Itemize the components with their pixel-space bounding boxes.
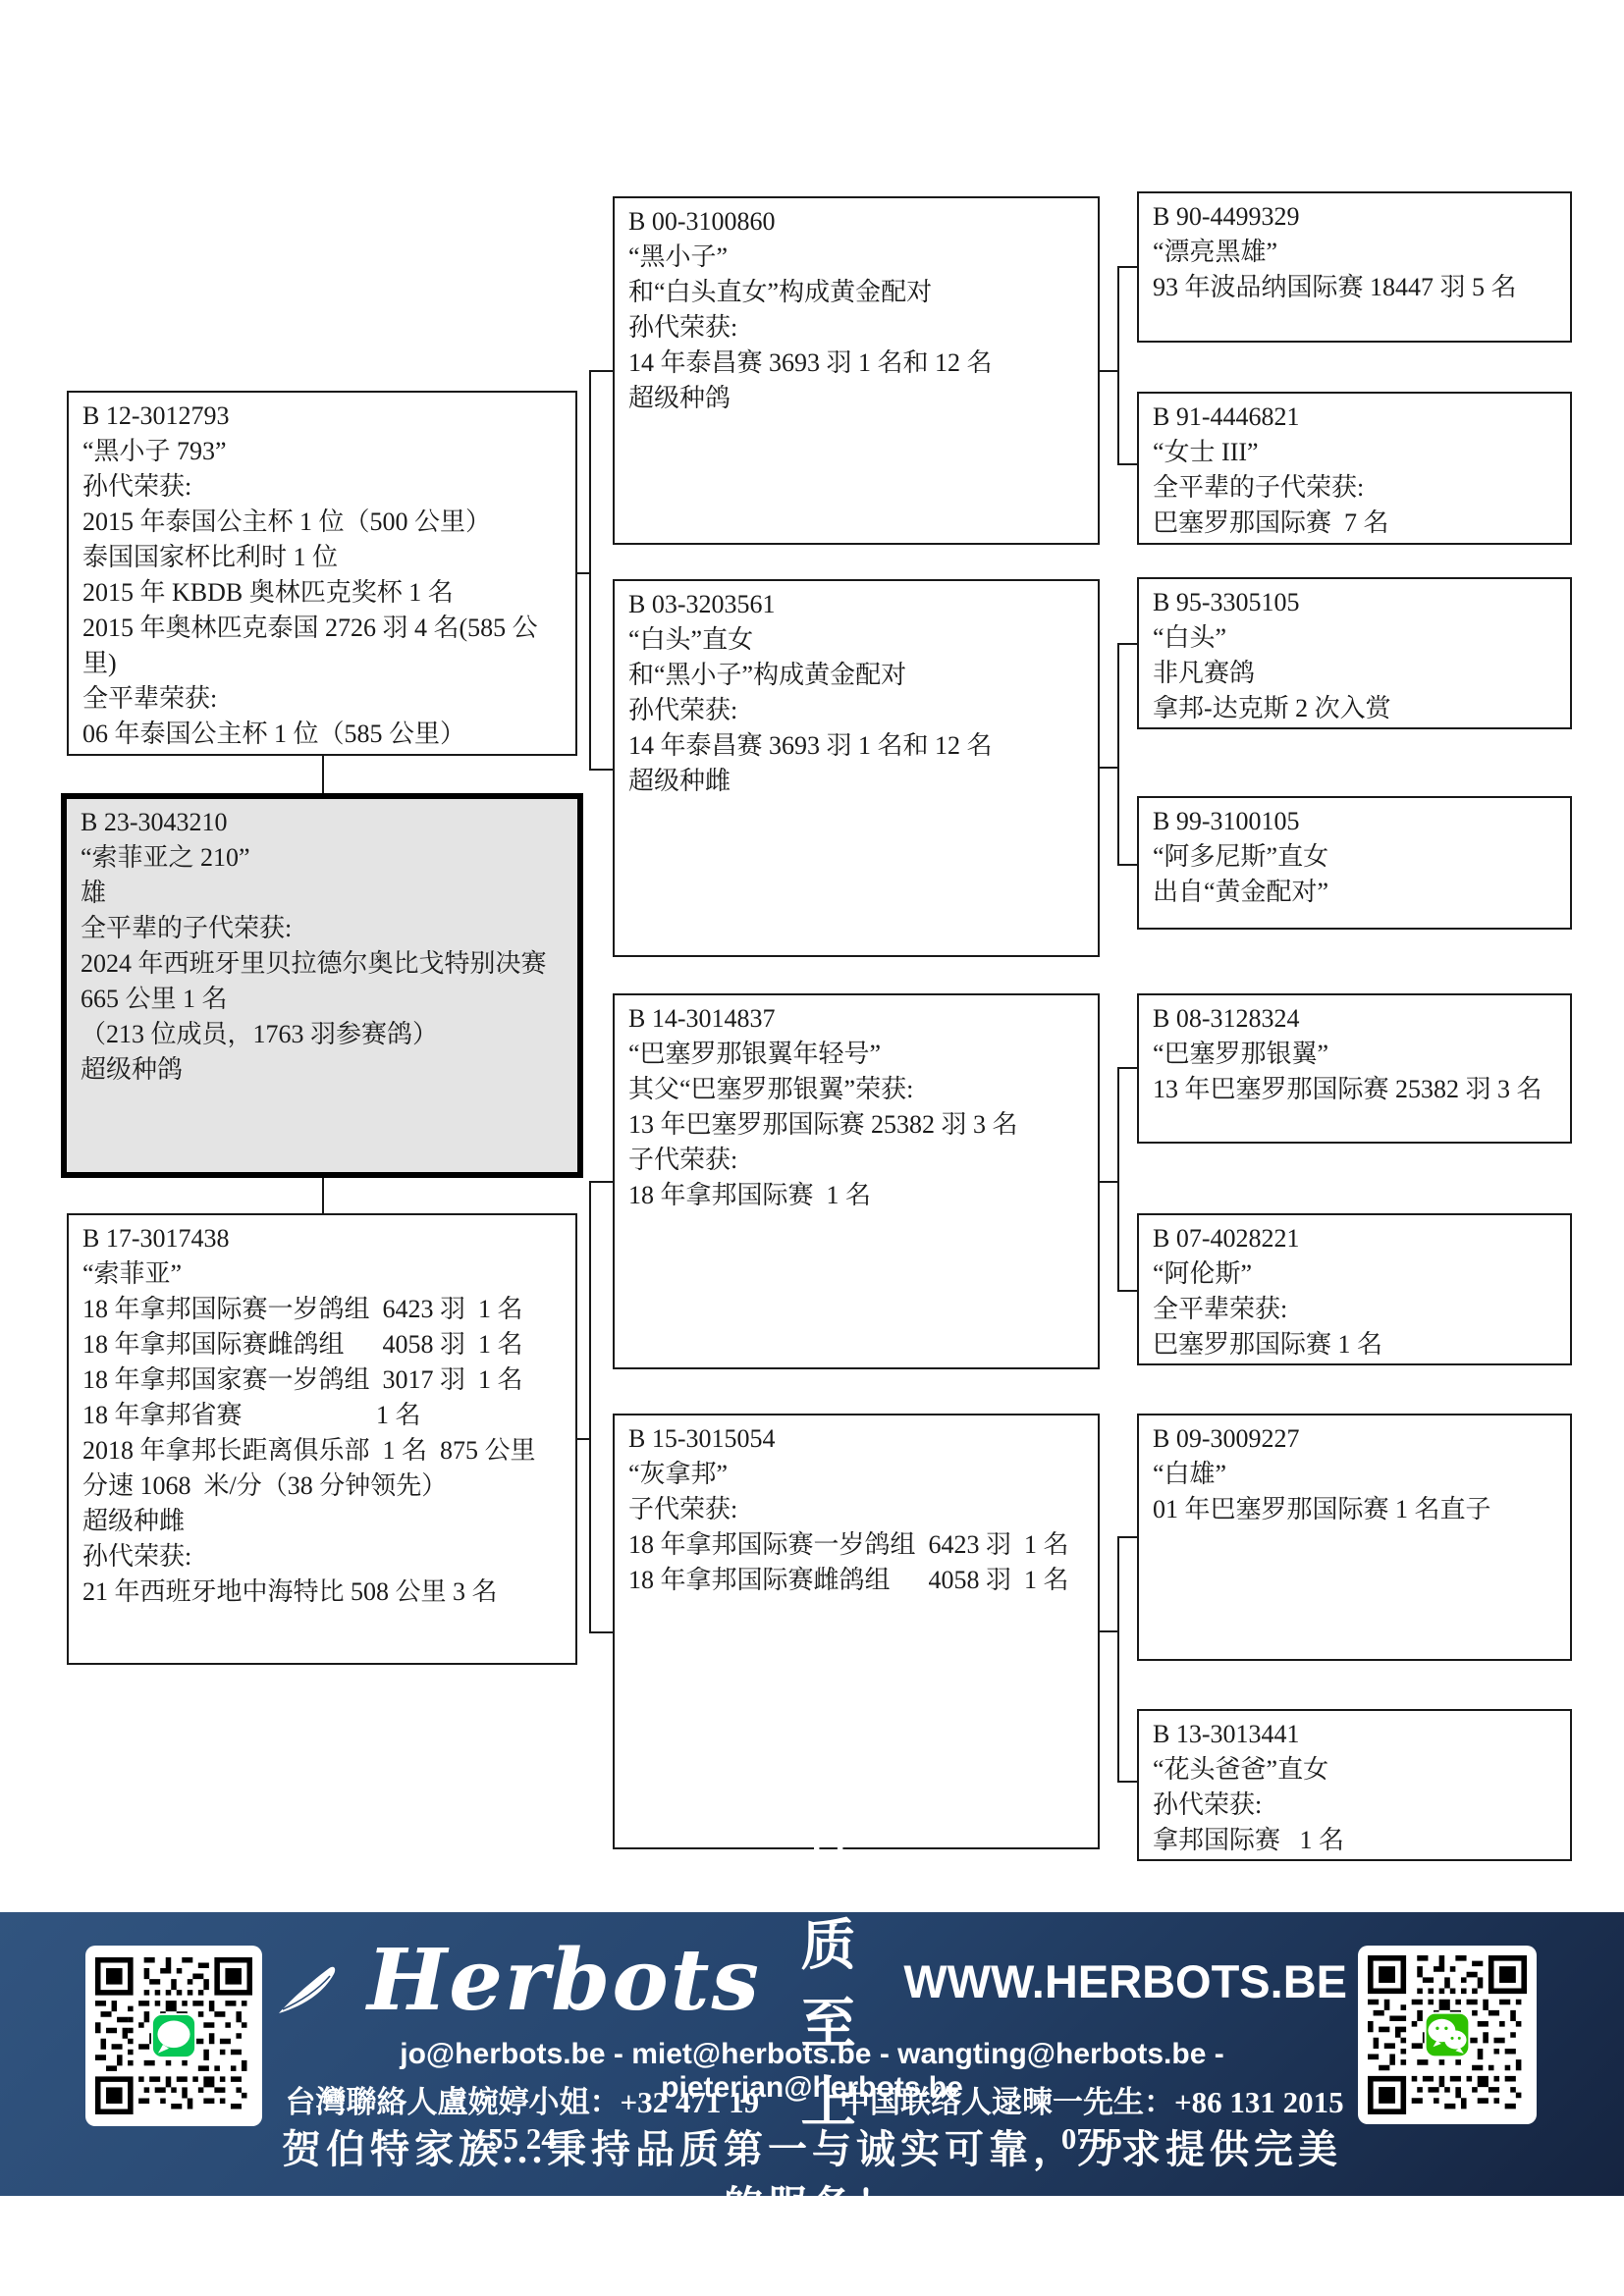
footer-center: Herbots 品质至上 WWW.HERBOTS.BE jo@herbots.b… bbox=[277, 1912, 1347, 2196]
pedigree-text-line: 泰国国家杯比利时 1 位 bbox=[82, 540, 562, 575]
connector-line bbox=[1117, 463, 1137, 465]
pedigree-text-line: 雄 bbox=[81, 876, 564, 911]
pedigree-text-line: 超级种雌 bbox=[82, 1504, 562, 1539]
pedigree-box-text: “巴塞罗那银翼”13 年巴塞罗那国际赛 25382 羽 3 名 bbox=[1153, 1037, 1556, 1107]
connector-line bbox=[1100, 767, 1119, 769]
ring-number: B 95-3305105 bbox=[1153, 585, 1556, 620]
pedigree-text-line: 18 年拿邦国际赛一岁鸽组 6423 羽 1 名 bbox=[628, 1527, 1084, 1563]
pedigree-box-text: “女士 III”全平辈的子代荣获:巴塞罗那国际赛 7 名 bbox=[1153, 435, 1556, 541]
connector-line bbox=[589, 370, 591, 771]
pedigree-text-line: 全平辈荣获: bbox=[82, 681, 562, 717]
pedigree-box-text: “索菲亚”18 年拿邦国际赛一岁鸽组 6423 羽 1 名18 年拿邦国际赛雌鸽… bbox=[82, 1256, 562, 1610]
pedigree-text-line: “黑小子 793” bbox=[82, 434, 562, 469]
herbots-logo: Herbots bbox=[367, 1939, 761, 2023]
pedigree-text-line: “索菲亚” bbox=[82, 1256, 562, 1292]
pedigree-text-line: 子代荣获: bbox=[628, 1492, 1084, 1527]
footer-slogan: 贺伯特家族...秉持品质第一与诚实可靠，力求提供完美的服务！ bbox=[277, 2118, 1347, 2230]
pedigree-box-sire-dam: B 03-3203561 “白头”直女和“黑小子”构成黄金配对孙代荣获:14 年… bbox=[613, 579, 1100, 957]
pedigree-text-line: （213 位成员，1763 羽参赛鸽） bbox=[81, 1017, 564, 1052]
pedigree-text-line: 超级种鸽 bbox=[81, 1052, 564, 1088]
connector-line bbox=[1117, 1067, 1119, 1292]
pedigree-box-text: “黑小子 793”孙代荣获:2015 年泰国公主杯 1 位（500 公里）泰国国… bbox=[82, 434, 562, 756]
pedigree-box-text: “阿多尼斯”直女出自“黄金配对” bbox=[1153, 839, 1556, 910]
ring-number: B 07-4028221 bbox=[1153, 1221, 1556, 1256]
ring-number: B 91-4446821 bbox=[1153, 400, 1556, 435]
connector-line bbox=[1117, 1536, 1137, 1538]
pedigree-page: B 12-3012793 “黑小子 793”孙代荣获:2015 年泰国公主杯 1… bbox=[0, 0, 1624, 2296]
ring-number: B 12-3012793 bbox=[82, 399, 562, 434]
connector-line bbox=[1117, 266, 1119, 465]
pedigree-text-line: 全平辈的子代荣获: bbox=[1153, 470, 1556, 506]
ring-number: B 09-3009227 bbox=[1153, 1421, 1556, 1457]
pedigree-box-dam-dam: B 15-3015054 “灰拿邦”子代荣获:18 年拿邦国际赛一岁鸽组 642… bbox=[613, 1414, 1100, 1849]
connector-line bbox=[589, 370, 613, 372]
connector-line bbox=[589, 1631, 613, 1633]
pedigree-text-line: 巴塞罗那国际赛 7 名 bbox=[1153, 506, 1556, 541]
pedigree-text-line: 孙代荣获: bbox=[628, 693, 1084, 728]
pedigree-text-line: 拿邦国际赛 1 名 bbox=[1153, 1823, 1556, 1858]
pedigree-text-line: 01 年巴塞罗那国际赛 1 名直子 bbox=[1153, 1492, 1556, 1527]
pedigree-text-line: 18 年拿邦国家赛一岁鸽组 3017 羽 1 名 bbox=[82, 1362, 562, 1398]
pedigree-text-line: 和“黑小子”构成黄金配对 bbox=[628, 658, 1084, 693]
pedigree-text-line: “阿多尼斯”直女 bbox=[1153, 839, 1556, 875]
wechat-qr-code bbox=[1358, 1946, 1537, 2124]
pedigree-text-line: “巴塞罗那银翼年轻号” bbox=[628, 1037, 1084, 1072]
pedigree-text-line: 全平辈荣获: bbox=[1153, 1292, 1556, 1327]
pedigree-text-line: 06 年泰国公主杯 1 位（585 公里） bbox=[82, 717, 562, 752]
pedigree-box-text: “阿伦斯”全平辈荣获:巴塞罗那国际赛 1 名 bbox=[1153, 1256, 1556, 1362]
pedigree-text-line: 14 年泰昌赛 3693 羽 1 名和 12 名 bbox=[628, 346, 1084, 381]
pedigree-text-line: 孙代荣获: bbox=[82, 1539, 562, 1575]
pedigree-text-line: “阿伦斯” bbox=[1153, 1256, 1556, 1292]
pedigree-box-text: “白头”非凡赛鸽拿邦-达克斯 2 次入赏 bbox=[1153, 620, 1556, 726]
connector-line bbox=[1100, 1630, 1119, 1632]
pedigree-box-text: “黑小子”和“白头直女”构成黄金配对孙代荣获:14 年泰昌赛 3693 羽 1 … bbox=[628, 240, 1084, 416]
pedigree-text-line: 93 年波品纳国际赛 18447 羽 5 名 bbox=[1153, 270, 1556, 305]
pedigree-text-line: 和“白头直女”构成黄金配对 bbox=[628, 275, 1084, 310]
pedigree-box-sire-sire: B 00-3100860 “黑小子”和“白头直女”构成黄金配对孙代荣获:14 年… bbox=[613, 196, 1100, 545]
pedigree-text-line: 665 公里 1 名 bbox=[81, 982, 564, 1017]
pedigree-text-line: “索菲亚之 210” bbox=[81, 840, 564, 876]
pedigree-text-line: “黑小子” bbox=[628, 240, 1084, 275]
ring-number: B 00-3100860 bbox=[628, 204, 1084, 240]
pedigree-text-line: 18 年拿邦省赛 1 名 bbox=[82, 1398, 562, 1433]
connector-line bbox=[1117, 643, 1119, 866]
line-icon bbox=[152, 2014, 195, 2057]
connector-line bbox=[322, 1174, 324, 1215]
pedigree-box-text: “灰拿邦”子代荣获:18 年拿邦国际赛一岁鸽组 6423 羽 1 名18 年拿邦… bbox=[628, 1457, 1084, 1598]
ring-number: B 90-4499329 bbox=[1153, 199, 1556, 235]
pedigree-text-line: 超级种雌 bbox=[628, 764, 1084, 799]
line-qr-code bbox=[85, 1946, 262, 2126]
pedigree-box-dam-dam-sire: B 09-3009227 “白雄”01 年巴塞罗那国际赛 1 名直子 bbox=[1137, 1414, 1572, 1661]
pedigree-text-line: 其父“巴塞罗那银翼”荣获: bbox=[628, 1072, 1084, 1107]
ring-number: B 03-3203561 bbox=[628, 587, 1084, 622]
pedigree-text-line: 超级种鸽 bbox=[82, 752, 562, 756]
connector-line bbox=[589, 769, 613, 771]
pedigree-text-line: 孙代荣获: bbox=[1153, 1788, 1556, 1823]
pedigree-box-text: “白雄”01 年巴塞罗那国际赛 1 名直子 bbox=[1153, 1457, 1556, 1527]
pedigree-text-line: “白头”直女 bbox=[628, 622, 1084, 658]
connector-line bbox=[1117, 1781, 1137, 1783]
pedigree-text-line: “女士 III” bbox=[1153, 435, 1556, 470]
pedigree-box-dam-dam-dam: B 13-3013441 “花头爸爸”直女孙代荣获:拿邦国际赛 1 名 bbox=[1137, 1709, 1572, 1861]
pedigree-box-dam-sire: B 14-3014837 “巴塞罗那银翼年轻号”其父“巴塞罗那银翼”荣获:13 … bbox=[613, 993, 1100, 1369]
footer-banner: Herbots 品质至上 WWW.HERBOTS.BE jo@herbots.b… bbox=[0, 1912, 1624, 2196]
pedigree-box-dam: B 17-3017438 “索菲亚”18 年拿邦国际赛一岁鸽组 6423 羽 1… bbox=[67, 1213, 577, 1665]
connector-line bbox=[589, 1181, 613, 1183]
pedigree-box-sire-dam-sire: B 95-3305105 “白头”非凡赛鸽拿邦-达克斯 2 次入赏 bbox=[1137, 577, 1572, 729]
pedigree-box-sire: B 12-3012793 “黑小子 793”孙代荣获:2015 年泰国公主杯 1… bbox=[67, 391, 577, 756]
connector-line bbox=[1117, 1067, 1137, 1069]
pedigree-text-line: “漂亮黑雄” bbox=[1153, 235, 1556, 270]
wechat-icon bbox=[1426, 2013, 1470, 2057]
pedigree-text-line: 孙代荣获: bbox=[82, 469, 562, 505]
connector-line bbox=[1117, 1536, 1119, 1783]
pedigree-text-line: 21 年西班牙地中海特比 508 公里 3 名 bbox=[82, 1575, 562, 1610]
ring-number: B 13-3013441 bbox=[1153, 1717, 1556, 1752]
pedigree-text-line: 孙代荣获: bbox=[628, 310, 1084, 346]
pedigree-box-dam-sire-sire: B 08-3128324 “巴塞罗那银翼”13 年巴塞罗那国际赛 25382 羽… bbox=[1137, 993, 1572, 1144]
qr-code-image bbox=[1368, 1955, 1527, 2114]
pedigree-text-line: “白头” bbox=[1153, 620, 1556, 656]
pedigree-text-line: 非凡赛鸽 bbox=[1153, 656, 1556, 691]
pedigree-box-text: “白头”直女和“黑小子”构成黄金配对孙代荣获:14 年泰昌赛 3693 羽 1 … bbox=[628, 622, 1084, 799]
pedigree-text-line: 18 年拿邦国际赛雌鸽组 4058 羽 1 名 bbox=[82, 1327, 562, 1362]
brand-row: Herbots 品质至上 WWW.HERBOTS.BE bbox=[277, 1926, 1347, 2036]
pedigree-text-line: 2018 年拿邦长距离俱乐部 1 名 875 公里 bbox=[82, 1433, 562, 1468]
pedigree-box-sire-dam-dam: B 99-3100105 “阿多尼斯”直女出自“黄金配对” bbox=[1137, 796, 1572, 930]
pedigree-text-line: 2024 年西班牙里贝拉德尔奥比戈特别决赛 bbox=[81, 946, 564, 982]
pedigree-text-line: “白雄” bbox=[1153, 1457, 1556, 1492]
pedigree-text-line: 2015 年泰国公主杯 1 位（500 公里） bbox=[82, 505, 562, 540]
pedigree-text-line: 13 年巴塞罗那国际赛 25382 羽 3 名 bbox=[1153, 1072, 1556, 1107]
pedigree-text-line: 全平辈的子代荣获: bbox=[81, 911, 564, 946]
ring-number: B 15-3015054 bbox=[628, 1421, 1084, 1457]
pedigree-text-line: 13 年巴塞罗那国际赛 25382 羽 3 名 bbox=[628, 1107, 1084, 1143]
pedigree-text-line: 超级种鸽 bbox=[628, 381, 1084, 416]
ring-number: B 14-3014837 bbox=[628, 1001, 1084, 1037]
website-url[interactable]: WWW.HERBOTS.BE bbox=[903, 1954, 1347, 2008]
connector-line bbox=[322, 756, 324, 797]
pedigree-text-line: “灰拿邦” bbox=[628, 1457, 1084, 1492]
pedigree-box-text: “花头爸爸”直女孙代荣获:拿邦国际赛 1 名 bbox=[1153, 1752, 1556, 1858]
pedigree-text-line: 14 年泰昌赛 3693 羽 1 名和 12 名 bbox=[628, 728, 1084, 764]
feather-icon bbox=[277, 1964, 342, 2015]
pedigree-text-line: 巴塞罗那国际赛 1 名 bbox=[1153, 1327, 1556, 1362]
connector-line bbox=[589, 1181, 591, 1633]
pedigree-box-sire-sire-sire: B 90-4499329 “漂亮黑雄”93 年波品纳国际赛 18447 羽 5 … bbox=[1137, 191, 1572, 343]
connector-line bbox=[1100, 370, 1119, 372]
pedigree-text-line: 2015 年奥林匹克泰国 2726 羽 4 名(585 公里) bbox=[82, 611, 562, 681]
pedigree-text-line: 出自“黄金配对” bbox=[1153, 875, 1556, 910]
pedigree-text-line: “巴塞罗那银翼” bbox=[1153, 1037, 1556, 1072]
connector-line bbox=[1117, 643, 1137, 645]
pedigree-text-line: “花头爸爸”直女 bbox=[1153, 1752, 1556, 1788]
connector-line bbox=[1117, 864, 1137, 866]
connector-line bbox=[1100, 1181, 1119, 1183]
pedigree-box-dam-sire-dam: B 07-4028221 “阿伦斯”全平辈荣获:巴塞罗那国际赛 1 名 bbox=[1137, 1213, 1572, 1365]
pedigree-text-line: 2015 年 KBDB 奥林匹克奖杯 1 名 bbox=[82, 575, 562, 611]
pedigree-text-line: 18 年拿邦国际赛雌鸽组 4058 羽 1 名 bbox=[628, 1563, 1084, 1598]
ring-number: B 08-3128324 bbox=[1153, 1001, 1556, 1037]
pedigree-box-text: “索菲亚之 210”雄全平辈的子代荣获:2024 年西班牙里贝拉德尔奥比戈特别决… bbox=[81, 840, 564, 1088]
pedigree-text-line: 18 年拿邦国际赛一岁鸽组 6423 羽 1 名 bbox=[82, 1292, 562, 1327]
ring-number: B 99-3100105 bbox=[1153, 804, 1556, 839]
pedigree-box-text: “漂亮黑雄”93 年波品纳国际赛 18447 羽 5 名 bbox=[1153, 235, 1556, 305]
pedigree-box-subject: B 23-3043210 “索菲亚之 210”雄全平辈的子代荣获:2024 年西… bbox=[61, 793, 583, 1178]
ring-number: B 17-3017438 bbox=[82, 1221, 562, 1256]
connector-line bbox=[1117, 266, 1137, 268]
qr-code-image bbox=[95, 1955, 252, 2116]
ring-number: B 23-3043210 bbox=[81, 805, 564, 840]
pedigree-text-line: 拿邦-达克斯 2 次入赏 bbox=[1153, 691, 1556, 726]
pedigree-box-text: “巴塞罗那银翼年轻号”其父“巴塞罗那银翼”荣获:13 年巴塞罗那国际赛 2538… bbox=[628, 1037, 1084, 1213]
pedigree-text-line: 18 年拿邦国际赛 1 名 bbox=[628, 1178, 1084, 1213]
pedigree-box-sire-sire-dam: B 91-4446821 “女士 III”全平辈的子代荣获:巴塞罗那国际赛 7 … bbox=[1137, 392, 1572, 545]
connector-line bbox=[1117, 1290, 1137, 1292]
pedigree-text-line: 分速 1068 米/分（38 分钟领先） bbox=[82, 1468, 562, 1504]
pedigree-text-line: 子代荣获: bbox=[628, 1143, 1084, 1178]
